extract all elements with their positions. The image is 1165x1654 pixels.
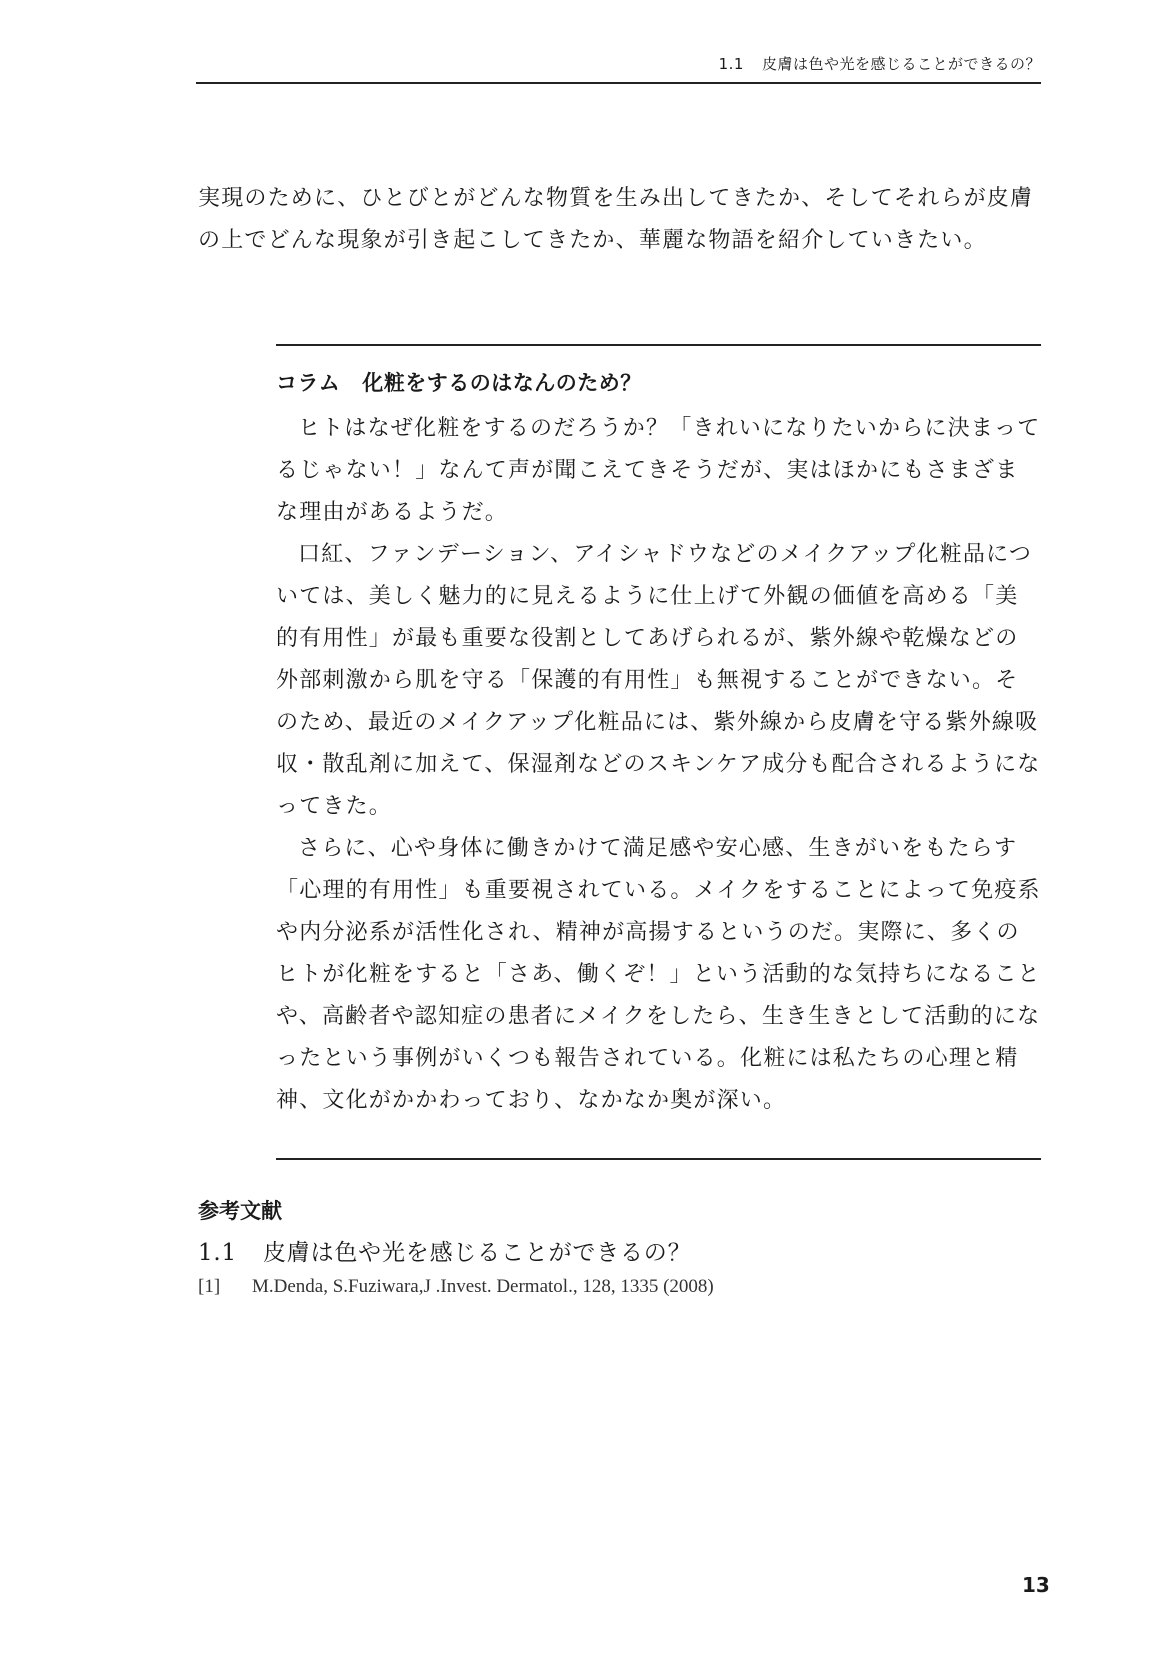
reference-citation: M.Denda, S.Fuziwara,J .Invest. Dermatol.… [252, 1276, 714, 1297]
column-paragraph: 口紅、ファンデーション、アイシャドウなどのメイクアップ化粧品については、美しく魅… [276, 534, 1041, 828]
column-paragraph: ヒトはなぜ化粧をするのだろうか？「きれいになりたいからに決まってるじゃない！」な… [276, 408, 1041, 534]
column-box: コラム化粧をするのはなんのため？ ヒトはなぜ化粧をするのだろうか？「きれいになり… [276, 344, 1041, 1160]
references: 参考文献 1.1皮膚は色や光を感じることができるの？ [1]M.Denda, S… [198, 1196, 1043, 1300]
header-section-title: 皮膚は色や光を感じることができるの？ [762, 55, 1041, 73]
column-heading: 化粧をするのはなんのため？ [362, 371, 642, 395]
page-number: 13 [1022, 1573, 1050, 1597]
header-section-number: 1.1 [719, 55, 744, 73]
references-section-number: 1.1 [198, 1240, 237, 1266]
intro-text: 実現のために、ひとびとがどんな物質を生み出してきたか、そしてそれらが皮膚の上でど… [198, 178, 1043, 262]
references-title: 参考文献 [198, 1196, 1043, 1226]
references-section-heading: 1.1皮膚は色や光を感じることができるの？ [198, 1238, 1043, 1268]
column-title: コラム化粧をするのはなんのため？ [276, 368, 1041, 398]
column-paragraph: さらに、心や身体に働きかけて満足感や安心感、生きがいをもたらす「心理的有用性」も… [276, 828, 1041, 1122]
column-label: コラム [276, 371, 340, 395]
column-body: ヒトはなぜ化粧をするのだろうか？「きれいになりたいからに決まってるじゃない！」な… [276, 408, 1041, 1122]
running-header: 1.1皮膚は色や光を感じることができるの？ [196, 54, 1041, 84]
intro-paragraph: 実現のために、ひとびとがどんな物質を生み出してきたか、そしてそれらが皮膚の上でど… [198, 178, 1043, 262]
references-section-title: 皮膚は色や光を感じることができるの？ [263, 1240, 691, 1266]
reference-item: [1]M.Denda, S.Fuziwara,J .Invest. Dermat… [198, 1274, 1043, 1300]
reference-number: [1] [198, 1274, 252, 1300]
